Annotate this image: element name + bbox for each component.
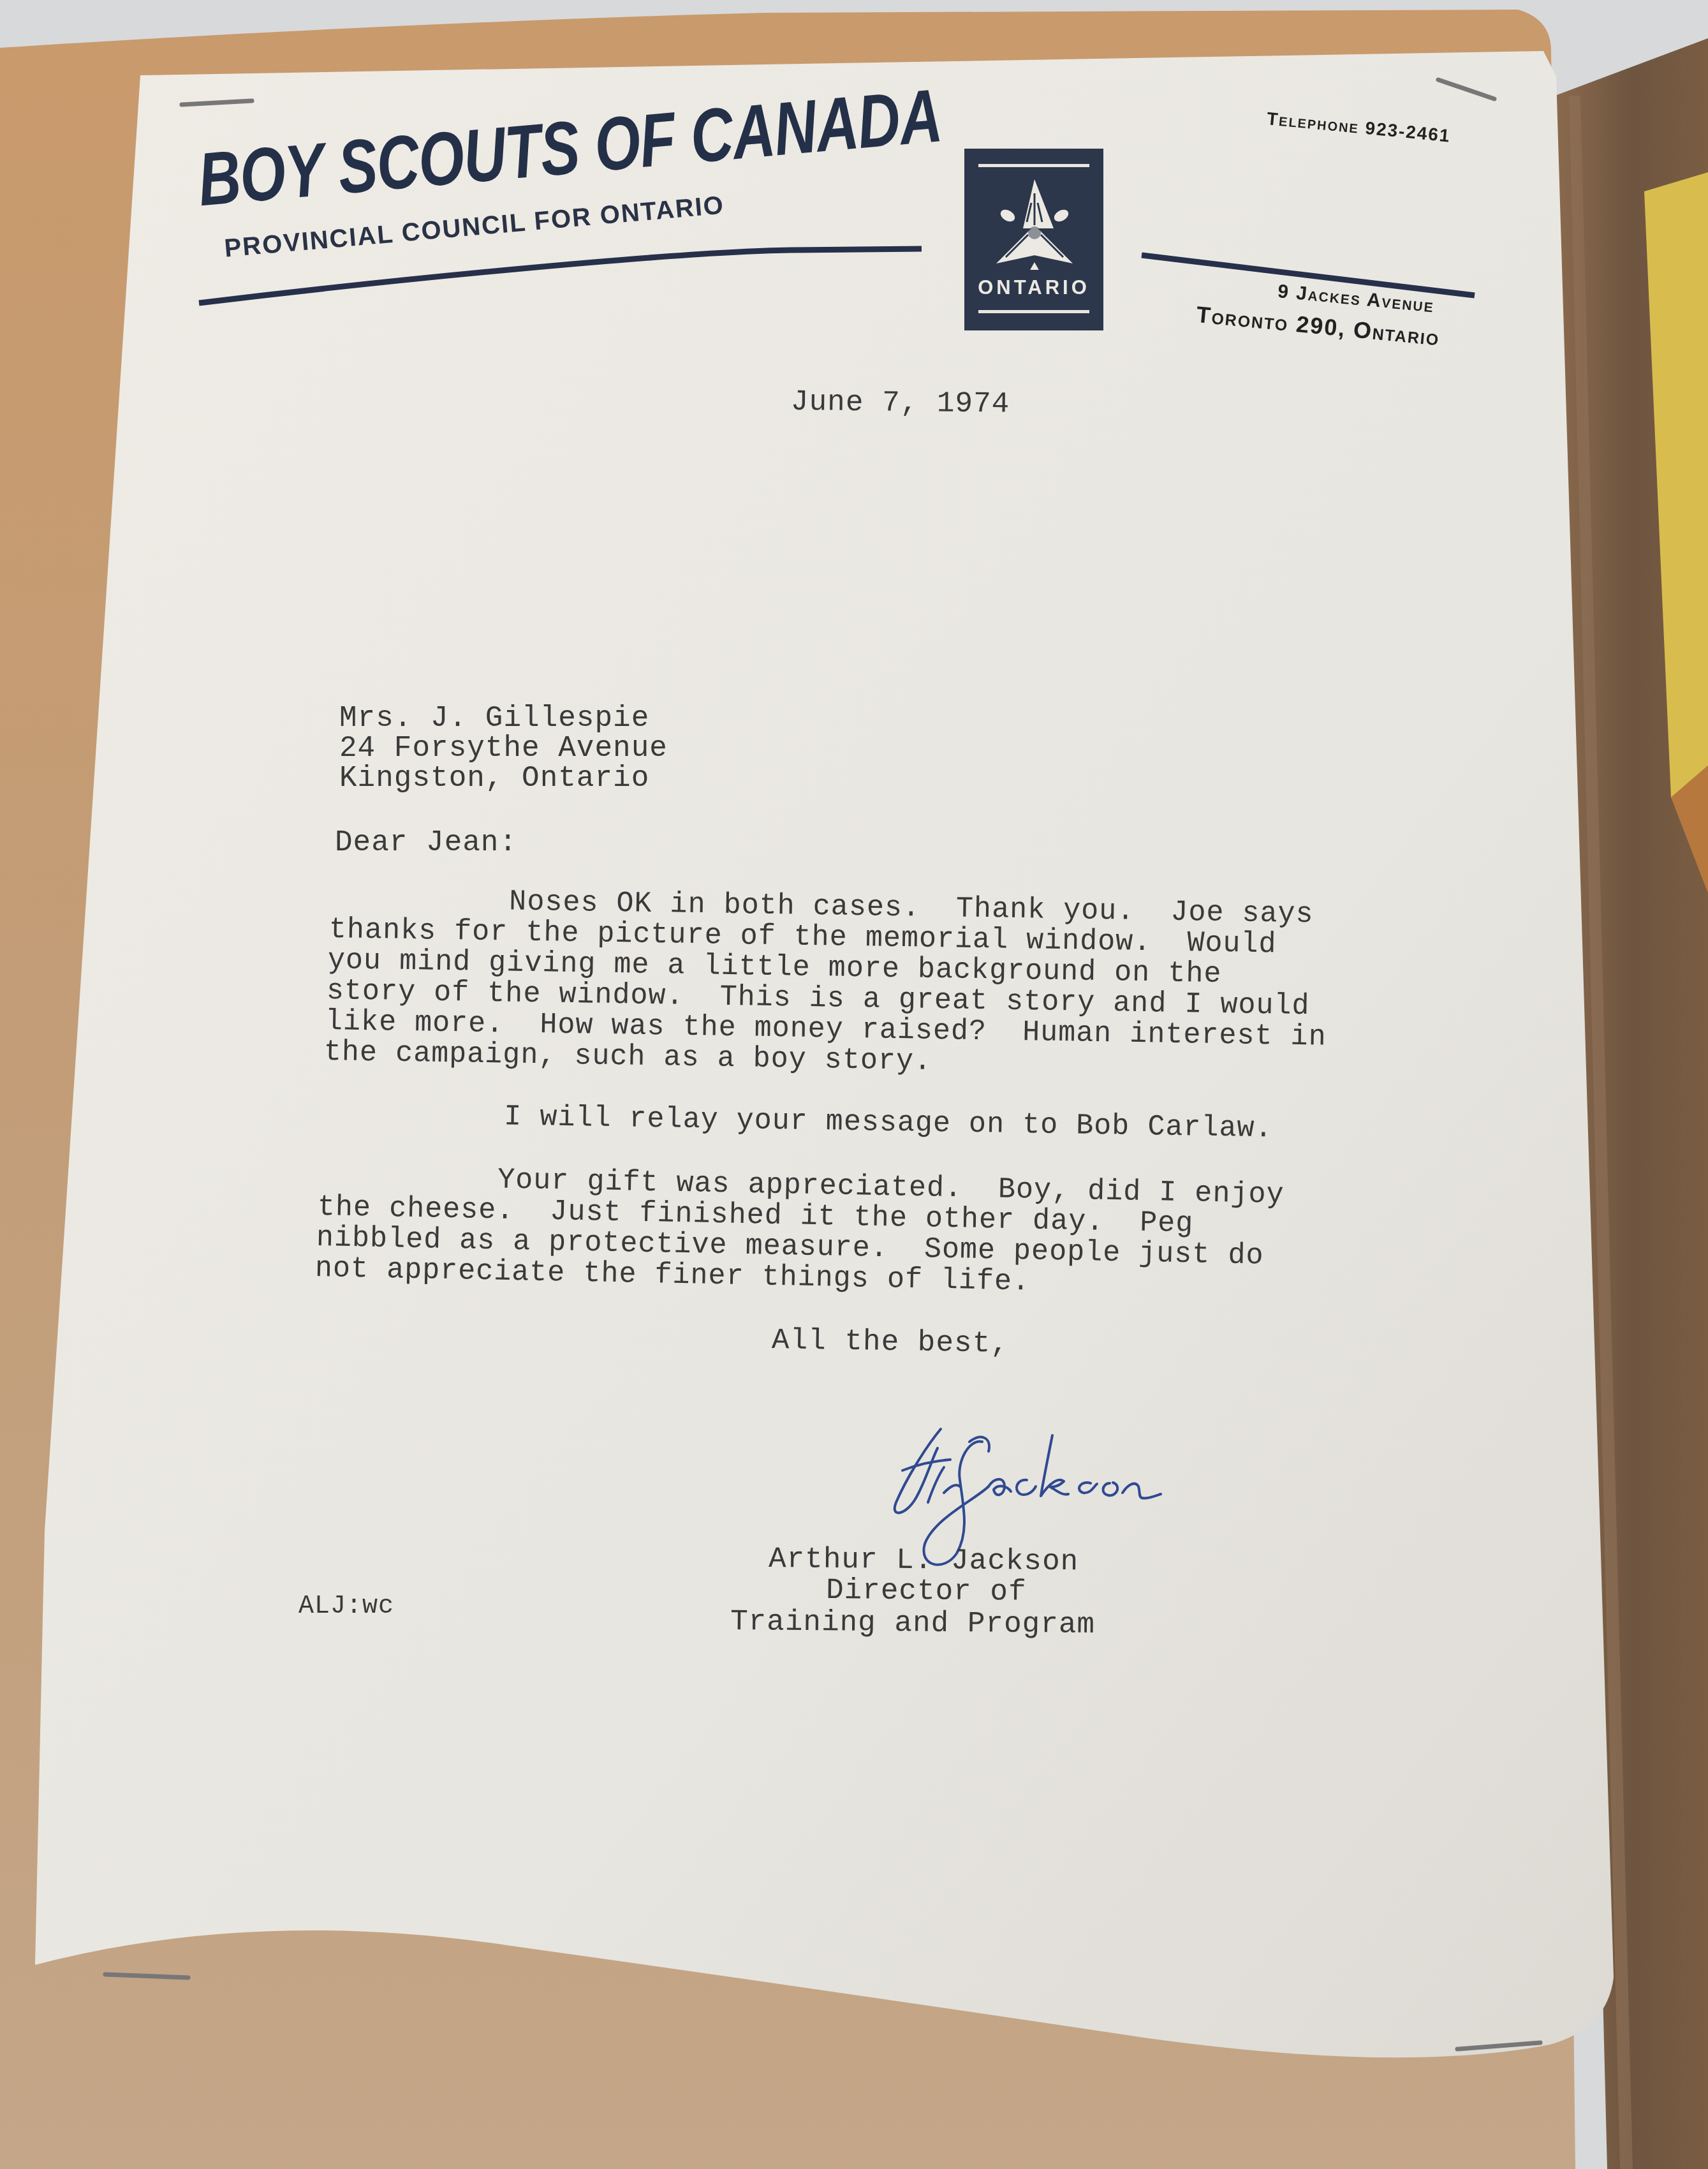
letter-date: June 7, 1974	[791, 385, 1010, 421]
salutation: Dear Jean:	[335, 826, 517, 859]
ontario-logo: ONTARIO	[964, 149, 1103, 330]
signer-title-line-2: Training and Program	[730, 1605, 1096, 1641]
logo-bar-bottom	[978, 310, 1089, 313]
reference-initials: ALJ:wc	[298, 1592, 394, 1621]
closing: All the best,	[772, 1324, 1010, 1361]
signer-title-line-1: Director of	[826, 1574, 1027, 1609]
recipient-line: Mrs. J. Gillespie	[339, 702, 649, 735]
photo-scene: BOY SCOUTS OF CANADA PROVINCIAL COUNCIL …	[0, 0, 1708, 2169]
logo-label: ONTARIO	[964, 276, 1103, 299]
folder-background	[0, 0, 1708, 2169]
recipient-line: Kingston, Ontario	[339, 762, 649, 795]
signer-name: Arthur L. Jackson	[769, 1543, 1079, 1578]
recipient-line: 24 Forsythe Avenue	[339, 732, 668, 765]
trillium-icon	[990, 174, 1079, 270]
logo-bar-top	[978, 164, 1089, 167]
